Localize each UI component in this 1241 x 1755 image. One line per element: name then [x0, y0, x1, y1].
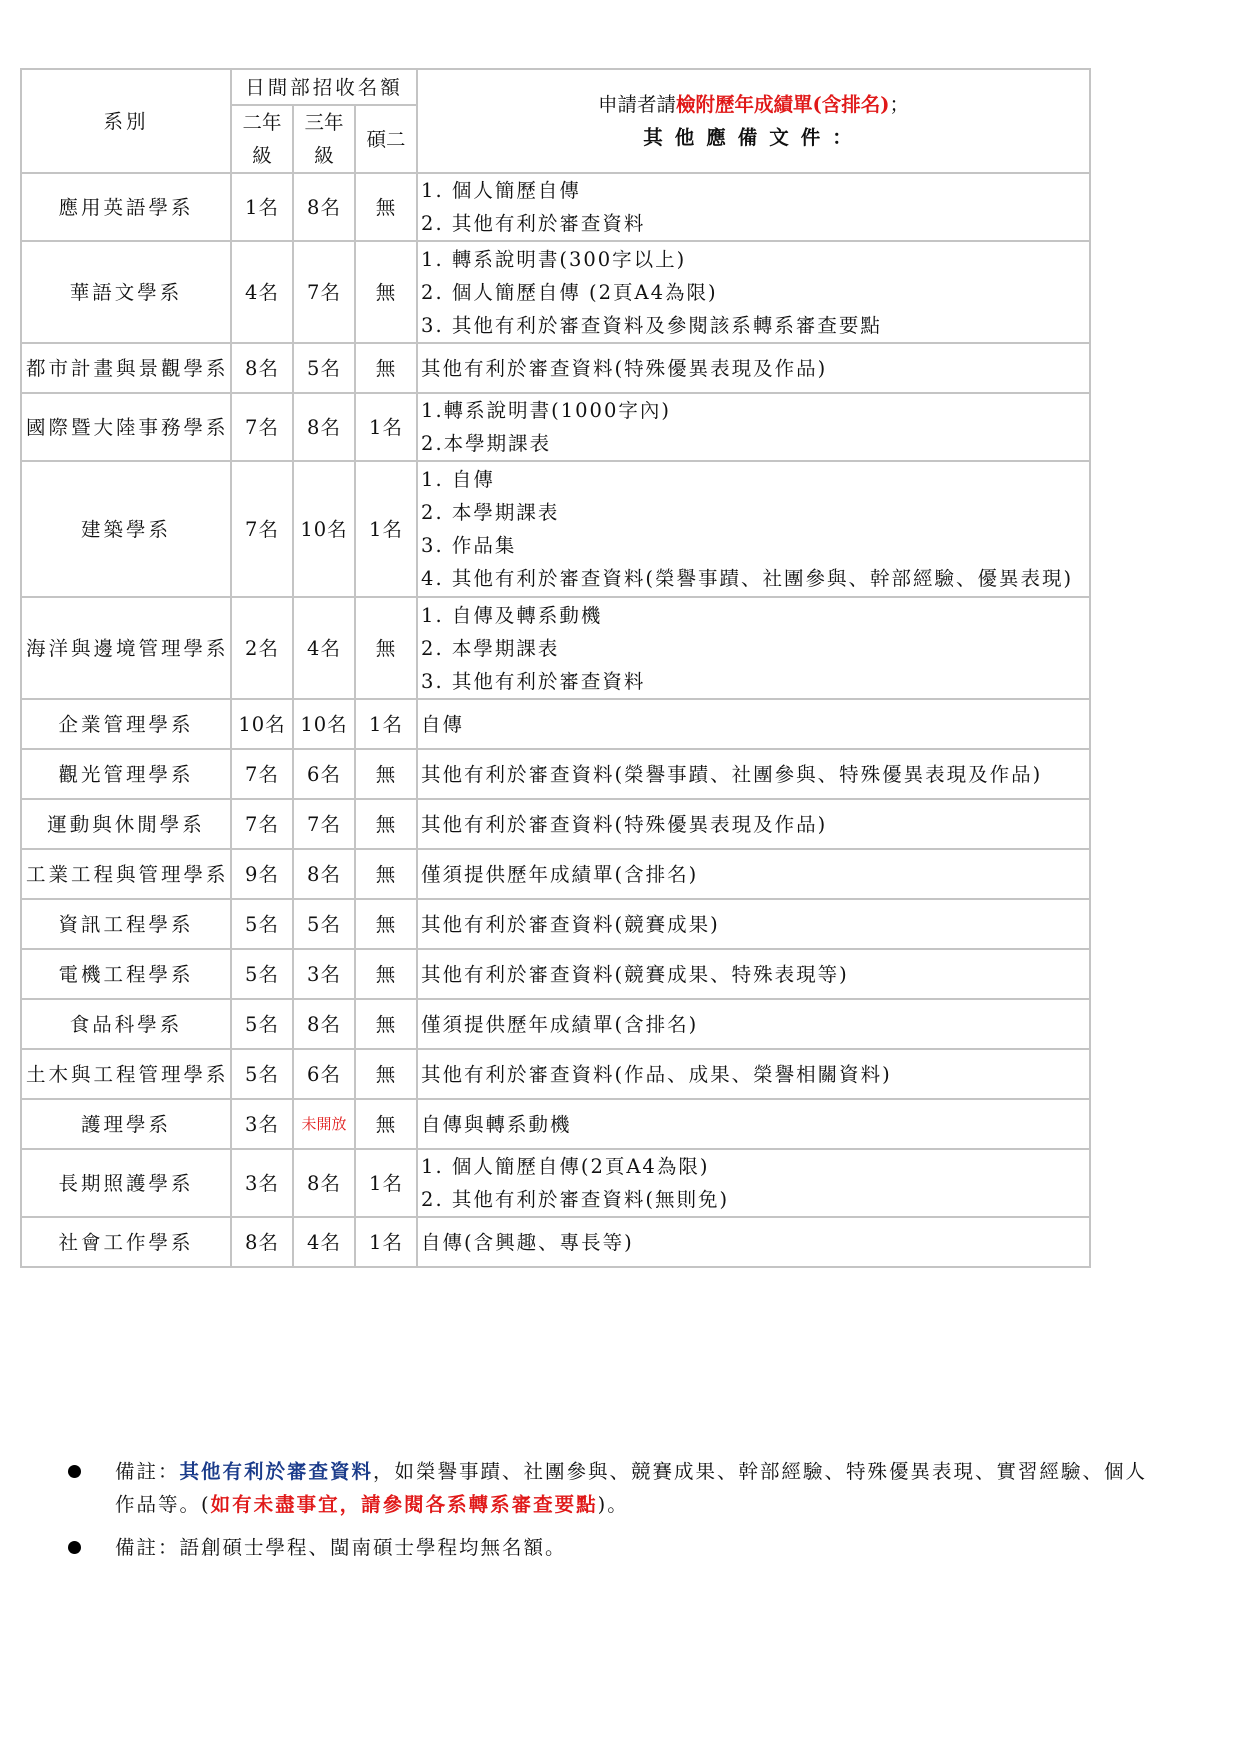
table-row: 觀光管理學系7名6名無其他有利於審查資料(榮譽事蹟、社團參與、特殊優異表現及作品… — [21, 749, 1090, 799]
year3-quota-cell: 7名 — [293, 241, 355, 343]
year2-quota-cell: 1名 — [231, 173, 293, 241]
note-2-prefix: 備註： — [115, 1536, 180, 1559]
header-master2: 碩二 — [355, 105, 417, 173]
master2-quota-cell: 1名 — [355, 1149, 417, 1217]
table-row: 護理學系3名未開放無自傳與轉系動機 — [21, 1099, 1090, 1149]
note-1: 備註：其他有利於審查資料，如榮譽事蹟、社團參與、競賽成果、幹部經驗、特殊優異表現… — [68, 1455, 1168, 1521]
header-year2-line2: 級 — [252, 144, 272, 167]
department-cell: 食品科學系 — [21, 999, 231, 1049]
header-year2: 二年級 — [231, 105, 293, 173]
year2-quota-cell: 8名 — [231, 343, 293, 393]
document-item: 3. 作品集 — [421, 529, 1085, 562]
table-row: 華語文學系4名7名無1. 轉系說明書(300字以上)2. 個人簡歷自傳 (2頁A… — [21, 241, 1090, 343]
table-row: 資訊工程學系5名5名無其他有利於審查資料(競賽成果) — [21, 899, 1090, 949]
document-item: 其他有利於審查資料(競賽成果、特殊表現等) — [421, 958, 1085, 991]
note-1-suffix: )。 — [598, 1493, 629, 1516]
note-1-prefix: 備註： — [115, 1460, 180, 1483]
year3-quota-cell: 4名 — [293, 597, 355, 699]
table-row: 長期照護學系3名8名1名1. 個人簡歷自傳(2頁A4為限)2. 其他有利於審查資… — [21, 1149, 1090, 1217]
year2-quota-cell: 5名 — [231, 999, 293, 1049]
table-row: 企業管理學系10名10名1名自傳 — [21, 699, 1090, 749]
quota-table: 系別 日間部招收名額 申請者請檢附歷年成績單(含排名)； 其他應備文件： 二年級… — [20, 68, 1091, 1268]
table-row: 應用英語學系1名8名無1. 個人簡歷自傳2. 其他有利於審查資料 — [21, 173, 1090, 241]
year2-quota-cell: 5名 — [231, 899, 293, 949]
document-item: 3. 其他有利於審查資料及參閱該系轉系審查要點 — [421, 309, 1085, 342]
note-2-text: 語創碩士學程、閩南碩士學程均無名額。 — [180, 1536, 567, 1559]
year2-quota-cell: 2名 — [231, 597, 293, 699]
master2-quota-cell: 無 — [355, 999, 417, 1049]
document-item: 1. 轉系說明書(300字以上) — [421, 243, 1085, 276]
year3-quota-cell: 6名 — [293, 749, 355, 799]
department-cell: 工業工程與管理學系 — [21, 849, 231, 899]
master2-quota-cell: 1名 — [355, 461, 417, 597]
header-documents: 申請者請檢附歷年成績單(含排名)； 其他應備文件： — [417, 69, 1090, 173]
document-item: 其他有利於審查資料(特殊優異表現及作品) — [421, 808, 1085, 841]
year2-quota-cell: 5名 — [231, 949, 293, 999]
department-cell: 長期照護學系 — [21, 1149, 231, 1217]
documents-cell: 其他有利於審查資料(競賽成果、特殊表現等) — [417, 949, 1090, 999]
year3-quota-cell: 5名 — [293, 899, 355, 949]
year2-quota-cell: 7名 — [231, 393, 293, 461]
year2-quota-cell: 7名 — [231, 749, 293, 799]
master2-quota-cell: 無 — [355, 173, 417, 241]
document-item: 3. 其他有利於審查資料 — [421, 665, 1085, 698]
header-department: 系別 — [21, 69, 231, 173]
year3-quota-cell: 6名 — [293, 1049, 355, 1099]
year2-quota-cell: 10名 — [231, 699, 293, 749]
document-item: 1. 自傳及轉系動機 — [421, 599, 1085, 632]
header-year3-line2: 級 — [314, 144, 334, 167]
master2-quota-cell: 無 — [355, 343, 417, 393]
document-item: 1.轉系說明書(1000字內) — [421, 394, 1085, 427]
table-row: 建築學系7名10名1名1. 自傳2. 本學期課表3. 作品集4. 其他有利於審查… — [21, 461, 1090, 597]
department-cell: 社會工作學系 — [21, 1217, 231, 1267]
document-item: 其他有利於審查資料(榮譽事蹟、社團參與、特殊優異表現及作品) — [421, 758, 1085, 791]
master2-quota-cell: 無 — [355, 1049, 417, 1099]
note-1-highlight-blue: 其他有利於審查資料 — [180, 1460, 374, 1483]
year3-quota-cell: 7名 — [293, 799, 355, 849]
documents-cell: 自傳(含興趣、專長等) — [417, 1217, 1090, 1267]
year3-quota-cell: 8名 — [293, 393, 355, 461]
year3-quota-cell: 8名 — [293, 849, 355, 899]
year3-quota-cell: 8名 — [293, 173, 355, 241]
department-cell: 土木與工程管理學系 — [21, 1049, 231, 1099]
table-row: 土木與工程管理學系5名6名無其他有利於審查資料(作品、成果、榮譽相關資料) — [21, 1049, 1090, 1099]
master2-quota-cell: 無 — [355, 1099, 417, 1149]
document-item: 2.本學期課表 — [421, 427, 1085, 460]
master2-quota-cell: 1名 — [355, 393, 417, 461]
documents-cell: 其他有利於審查資料(競賽成果) — [417, 899, 1090, 949]
documents-cell: 自傳 — [417, 699, 1090, 749]
department-cell: 都市計畫與景觀學系 — [21, 343, 231, 393]
document-item: 自傳(含興趣、專長等) — [421, 1226, 1085, 1259]
documents-cell: 其他有利於審查資料(特殊優異表現及作品) — [417, 343, 1090, 393]
documents-cell: 其他有利於審查資料(特殊優異表現及作品) — [417, 799, 1090, 849]
department-cell: 國際暨大陸事務學系 — [21, 393, 231, 461]
header-docs-highlight: 檢附歷年成績單(含排名) — [676, 93, 889, 116]
document-item: 2. 本學期課表 — [421, 632, 1085, 665]
document-item: 其他有利於審查資料(競賽成果) — [421, 908, 1085, 941]
department-cell: 觀光管理學系 — [21, 749, 231, 799]
documents-cell: 1. 自傳及轉系動機2. 本學期課表3. 其他有利於審查資料 — [417, 597, 1090, 699]
documents-cell: 自傳與轉系動機 — [417, 1099, 1090, 1149]
document-item: 2. 其他有利於審查資料 — [421, 207, 1085, 240]
master2-quota-cell: 無 — [355, 597, 417, 699]
year2-quota-cell: 9名 — [231, 849, 293, 899]
table-row: 食品科學系5名8名無僅須提供歷年成績單(含排名) — [21, 999, 1090, 1049]
document-item: 1. 個人簡歷自傳(2頁A4為限) — [421, 1150, 1085, 1183]
year3-quota-cell: 8名 — [293, 999, 355, 1049]
year3-quota-cell: 10名 — [293, 699, 355, 749]
department-cell: 海洋與邊境管理學系 — [21, 597, 231, 699]
header-year3: 三年級 — [293, 105, 355, 173]
document-item: 其他有利於審查資料(特殊優異表現及作品) — [421, 352, 1085, 385]
document-item: 2. 個人簡歷自傳 (2頁A4為限) — [421, 276, 1085, 309]
department-cell: 資訊工程學系 — [21, 899, 231, 949]
table-row: 國際暨大陸事務學系7名8名1名1.轉系說明書(1000字內)2.本學期課表 — [21, 393, 1090, 461]
master2-quota-cell: 無 — [355, 241, 417, 343]
master2-quota-cell: 無 — [355, 749, 417, 799]
note-2: 備註：語創碩士學程、閩南碩士學程均無名額。 — [68, 1531, 1168, 1564]
table-row: 社會工作學系8名4名1名自傳(含興趣、專長等) — [21, 1217, 1090, 1267]
year3-quota-cell: 3名 — [293, 949, 355, 999]
table-row: 運動與休閒學系7名7名無其他有利於審查資料(特殊優異表現及作品) — [21, 799, 1090, 849]
documents-cell: 1. 個人簡歷自傳(2頁A4為限)2. 其他有利於審查資料(無則免) — [417, 1149, 1090, 1217]
header-row-1: 系別 日間部招收名額 申請者請檢附歷年成績單(含排名)； 其他應備文件： — [21, 69, 1090, 105]
year2-quota-cell: 8名 — [231, 1217, 293, 1267]
notes-section: 備註：其他有利於審查資料，如榮譽事蹟、社團參與、競賽成果、幹部經驗、特殊優異表現… — [68, 1455, 1168, 1574]
table-row: 電機工程學系5名3名無其他有利於審查資料(競賽成果、特殊表現等) — [21, 949, 1090, 999]
master2-quota-cell: 無 — [355, 849, 417, 899]
master2-quota-cell: 無 — [355, 899, 417, 949]
header-quota-group: 日間部招收名額 — [231, 69, 417, 105]
documents-cell: 其他有利於審查資料(作品、成果、榮譽相關資料) — [417, 1049, 1090, 1099]
year2-quota-cell: 5名 — [231, 1049, 293, 1099]
document-item: 僅須提供歷年成績單(含排名) — [421, 858, 1085, 891]
year3-quota-cell: 5名 — [293, 343, 355, 393]
documents-cell: 僅須提供歷年成績單(含排名) — [417, 849, 1090, 899]
department-cell: 運動與休閒學系 — [21, 799, 231, 849]
year2-quota-cell: 3名 — [231, 1149, 293, 1217]
documents-cell: 1. 個人簡歷自傳2. 其他有利於審查資料 — [417, 173, 1090, 241]
documents-cell: 1. 自傳2. 本學期課表3. 作品集4. 其他有利於審查資料(榮譽事蹟、社團參… — [417, 461, 1090, 597]
note-1-highlight-red: 如有未盡事宜，請參閱各系轉系審查要點 — [211, 1493, 598, 1516]
documents-cell: 僅須提供歷年成績單(含排名) — [417, 999, 1090, 1049]
header-year2-line1: 二年 — [242, 111, 281, 134]
header-docs-line2: 其他應備文件： — [643, 126, 864, 149]
header-year3-line1: 三年 — [304, 111, 343, 134]
document-item: 2. 本學期課表 — [421, 496, 1085, 529]
year2-quota-cell: 7名 — [231, 461, 293, 597]
header-docs-suffix: ； — [889, 93, 909, 116]
document-item: 2. 其他有利於審查資料(無則免) — [421, 1183, 1085, 1216]
document-item: 自傳與轉系動機 — [421, 1108, 1085, 1141]
document-item: 自傳 — [421, 708, 1085, 741]
bullet-icon — [68, 1465, 81, 1478]
document-item: 僅須提供歷年成績單(含排名) — [421, 1008, 1085, 1041]
department-cell: 電機工程學系 — [21, 949, 231, 999]
year3-quota-cell: 未開放 — [293, 1099, 355, 1149]
documents-cell: 1. 轉系說明書(300字以上)2. 個人簡歷自傳 (2頁A4為限)3. 其他有… — [417, 241, 1090, 343]
year2-quota-cell: 3名 — [231, 1099, 293, 1149]
bullet-icon — [68, 1541, 81, 1554]
department-cell: 企業管理學系 — [21, 699, 231, 749]
documents-cell: 其他有利於審查資料(榮譽事蹟、社團參與、特殊優異表現及作品) — [417, 749, 1090, 799]
documents-cell: 1.轉系說明書(1000字內)2.本學期課表 — [417, 393, 1090, 461]
department-cell: 華語文學系 — [21, 241, 231, 343]
department-cell: 建築學系 — [21, 461, 231, 597]
department-cell: 護理學系 — [21, 1099, 231, 1149]
header-docs-prefix: 申請者請 — [598, 93, 676, 116]
table-row: 工業工程與管理學系9名8名無僅須提供歷年成績單(含排名) — [21, 849, 1090, 899]
year3-quota-cell: 10名 — [293, 461, 355, 597]
document-item: 其他有利於審查資料(作品、成果、榮譽相關資料) — [421, 1058, 1085, 1091]
master2-quota-cell: 無 — [355, 799, 417, 849]
year3-quota-cell: 4名 — [293, 1217, 355, 1267]
table-row: 海洋與邊境管理學系2名4名無1. 自傳及轉系動機2. 本學期課表3. 其他有利於… — [21, 597, 1090, 699]
document-item: 1. 個人簡歷自傳 — [421, 174, 1085, 207]
master2-quota-cell: 1名 — [355, 699, 417, 749]
master2-quota-cell: 1名 — [355, 1217, 417, 1267]
year2-quota-cell: 7名 — [231, 799, 293, 849]
table-row: 都市計畫與景觀學系8名5名無其他有利於審查資料(特殊優異表現及作品) — [21, 343, 1090, 393]
master2-quota-cell: 無 — [355, 949, 417, 999]
department-cell: 應用英語學系 — [21, 173, 231, 241]
document-item: 4. 其他有利於審查資料(榮譽事蹟、社團參與、幹部經驗、優異表現) — [421, 562, 1085, 595]
document-item: 1. 自傳 — [421, 463, 1085, 496]
year3-quota-cell: 8名 — [293, 1149, 355, 1217]
year2-quota-cell: 4名 — [231, 241, 293, 343]
